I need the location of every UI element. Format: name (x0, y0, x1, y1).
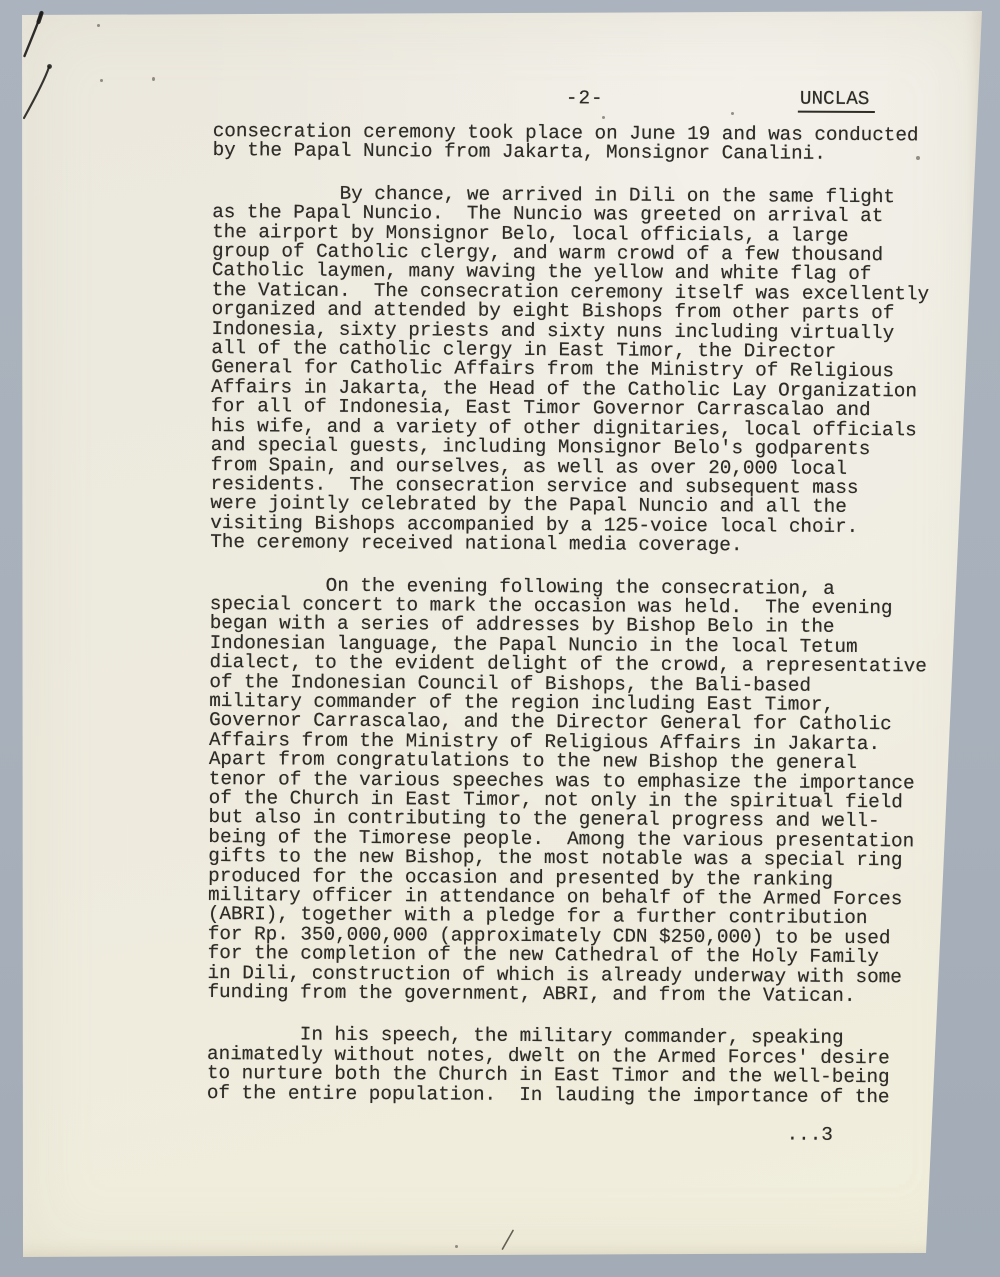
dust-speck (602, 116, 605, 119)
page-number: -2- (566, 89, 604, 109)
classification-marking: UNCLAS (798, 90, 876, 114)
paragraph-3: On the evening following the consecratio… (207, 576, 958, 1007)
paragraph-2: By chance, we arrived in Dili on the sam… (210, 184, 960, 557)
document-body: consecration ceremony took place on June… (207, 87, 961, 1108)
paragraph-4: In his speech, the military commander, s… (207, 1025, 955, 1107)
dust-speck (455, 1245, 458, 1248)
continuation-marker: ...3 (207, 1122, 955, 1146)
typed-content: -2- UNCLAS consecration ceremony took pl… (207, 87, 961, 1146)
dust-speck (100, 79, 103, 82)
document-page: -2- UNCLAS consecration ceremony took pl… (21, 10, 983, 1258)
dust-speck (152, 77, 155, 81)
dust-speck (818, 799, 822, 803)
dust-speck (97, 24, 100, 27)
dust-speck (916, 156, 920, 160)
paragraph-1: consecration ceremony took place on June… (213, 122, 961, 165)
dust-speck (731, 112, 734, 115)
